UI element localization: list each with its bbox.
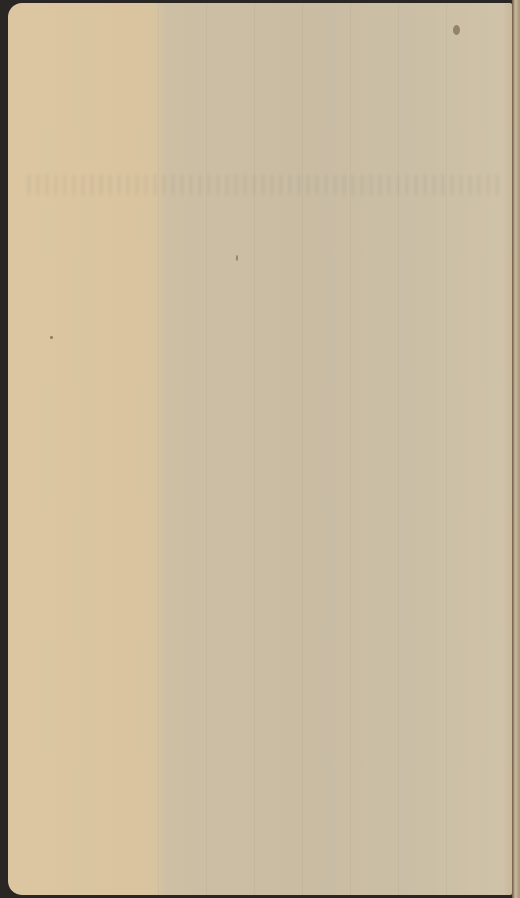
paper-speck [236, 255, 238, 261]
faint-ruled-columns [158, 3, 492, 895]
blank-paper-page [8, 3, 512, 895]
paper-speck [50, 336, 53, 339]
ink-bleed-through [28, 175, 498, 195]
book-spine-edge [512, 0, 520, 898]
paper-stain [453, 25, 460, 35]
